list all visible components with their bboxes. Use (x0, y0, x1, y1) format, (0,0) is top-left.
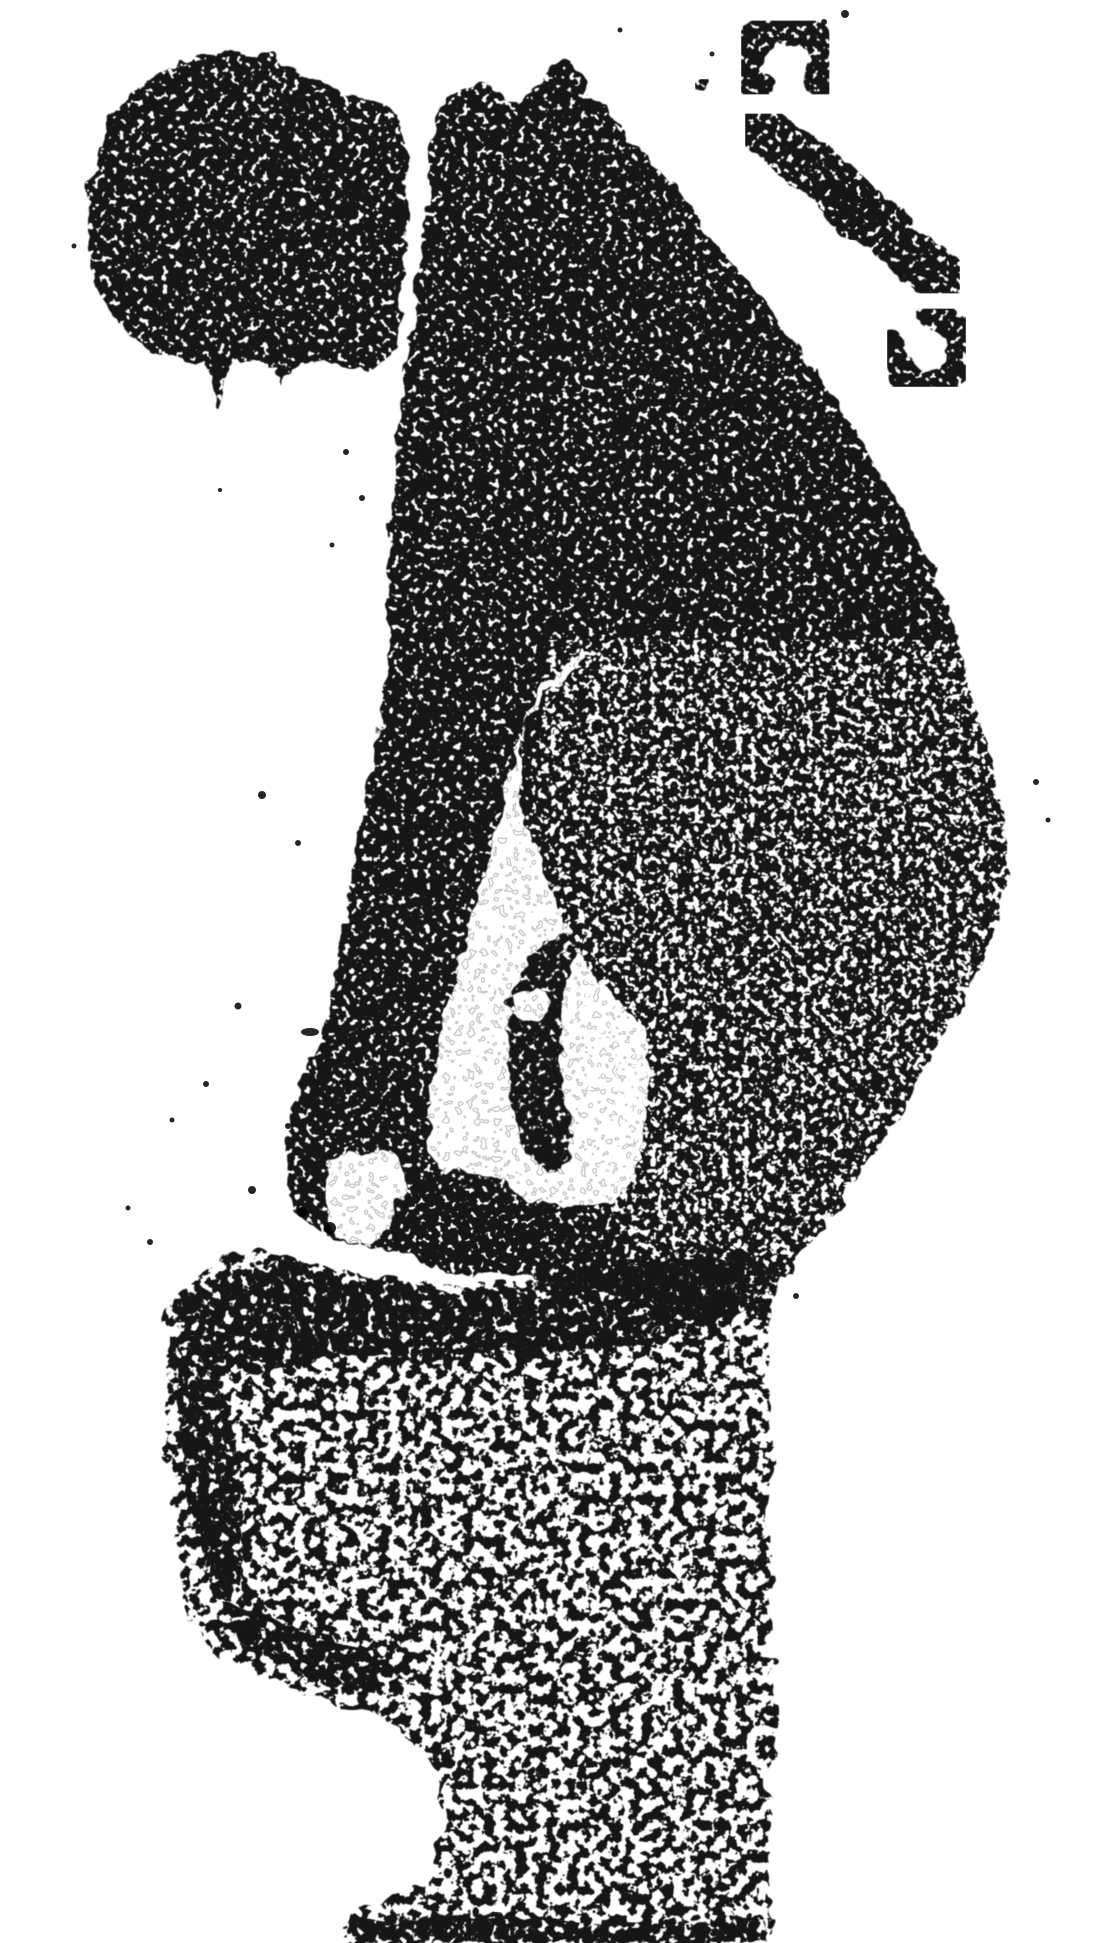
speck (147, 1239, 153, 1245)
photo-canvas (0, 0, 1100, 1943)
speck (203, 1081, 209, 1087)
binarized-photograph (0, 0, 1100, 1943)
claw-lower-hook (893, 314, 961, 382)
speck (170, 1118, 175, 1123)
speck (343, 449, 349, 455)
speck (258, 791, 266, 799)
speck (72, 244, 77, 249)
speck (359, 495, 365, 501)
speck (710, 52, 715, 57)
speck (324, 1222, 336, 1234)
claw-upper-ring (747, 26, 823, 89)
speck (218, 488, 222, 492)
speckled-rock (166, 1251, 771, 1943)
speck (301, 1028, 319, 1036)
claw-knuckle (823, 177, 881, 235)
speck (793, 1293, 799, 1299)
speck (235, 1003, 242, 1010)
speck (330, 543, 335, 548)
speck (821, 19, 827, 25)
speck (297, 1207, 307, 1217)
claw-fleck (696, 80, 708, 92)
hat (88, 52, 406, 408)
speck (618, 28, 623, 33)
speck (1033, 779, 1039, 785)
speck (248, 1186, 256, 1194)
speck (1046, 818, 1051, 823)
speck (295, 840, 301, 846)
speck (126, 1206, 131, 1211)
speck (285, 1123, 291, 1129)
speck (841, 10, 849, 18)
